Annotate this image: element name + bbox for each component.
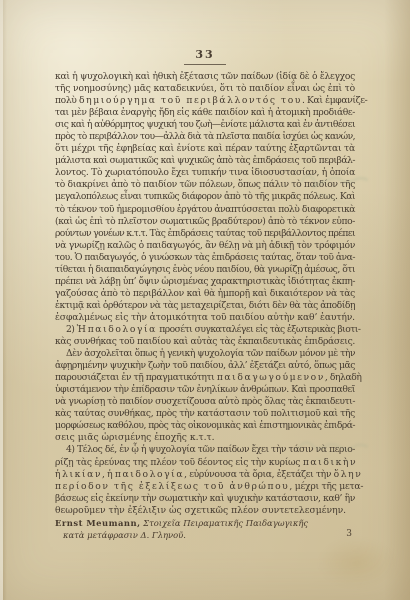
scanned-book-page: 33 καὶ ἡ ψυχολογικὴ καὶ ἠθικὴ ἐξέτασις τ… xyxy=(0,0,410,600)
text-line: μορφώσεως καθόλου, πρὸς τὰς οἰκονομικὰς … xyxy=(55,420,355,432)
text-line: Δὲν ἀσχολεῖται ὅπως ἡ γενικὴ ψυχολογία τ… xyxy=(55,348,355,360)
text-line: πολὺ δημιούργημα τοῦ περιβάλλοντός του. … xyxy=(55,95,355,107)
footnote-line-1: Ernst Meumann, Στοιχεῖα Πειραματικῆς Παι… xyxy=(55,518,355,530)
footnote-title: Στοιχεῖα Πειραματικῆς Παιδαγωγικῆς xyxy=(141,518,309,528)
text-line: ὅτι μέχρι τῆς ἐφηβείας καὶ ἐνίοτε καὶ πέ… xyxy=(55,143,355,155)
footnote: Ernst Meumann, Στοιχεῖα Πειραματικῆς Παι… xyxy=(55,518,355,541)
text-line: νὰ γνωρίζῃ καλῶς ὁ παιδαγωγός, ἂν θέλῃ ν… xyxy=(55,240,355,252)
footnote-translation: κατὰ μετάφρασιν Δ. Γληνοῦ. xyxy=(63,530,186,540)
text-line: ρούντων γονέων κ.τ.τ. Τὰς ἐπιδράσεις ταύ… xyxy=(55,228,355,240)
paper-stain xyxy=(318,538,396,588)
text-line: πρὸς τὸ περιβάλλον του—ἀλλὰ διὰ τὰ πλεῖσ… xyxy=(55,131,355,143)
text-line: 2) Ἡ παιδολογία προσέτι συγκαταλέγει εἰς… xyxy=(55,324,355,336)
text-line: παρουσιάζεται ἐν τῇ πραγματικότητι παιδα… xyxy=(55,372,355,384)
text-line: ἀφῃρημένην ψυχικὴν ζωὴν τοῦ παιδίου, ἀλλ… xyxy=(55,360,355,372)
page-number-rule xyxy=(184,64,226,65)
page-number: 33 xyxy=(0,48,410,61)
text-line: ἐκτιμᾷ καὶ ὀρθότερον νὰ τὰς μεταχειρίζετ… xyxy=(55,300,355,312)
text-line: τὸ διακρίνει ἀπὸ τὸ παιδίον τῶν πόλεων, … xyxy=(55,179,355,191)
footnote-author: Ernst Meumann, xyxy=(55,518,141,528)
text-line: περίοδον τῆς ἐξελίξεως τοῦ ἀνθρώπου, μέχ… xyxy=(55,481,355,493)
text-line: μάλιστα καὶ σωματικῶς καὶ ψυχικῶς ἀπὸ τὰ… xyxy=(55,155,355,167)
text-line: πρέπει νὰ λάβῃ ὑπ’ ὄψιν ὡρισμένας χαρακτ… xyxy=(55,276,355,288)
text-line: του. Ὁ παιδαγωγός, ὁ γινώσκων τὰς ἐπιδρά… xyxy=(55,252,355,264)
text-line: μεγαλοπόλεως εἶναι τυπικῶς διάφορον ἀπὸ … xyxy=(55,191,355,203)
signature-mark: 3 xyxy=(346,529,352,539)
text-line: τὸ τέκνον τοῦ ἡμερομισθίου ἐργάτου ἀναπτ… xyxy=(55,204,355,216)
page-header: 33 xyxy=(0,48,410,65)
text-line: ἡλικίαν, ἡ παιδολογία, εὐρύνουσα τὰ ὅρια… xyxy=(55,469,355,481)
body-text: καὶ ἡ ψυχολογικὴ καὶ ἠθικὴ ἐξέτασις τῶν … xyxy=(55,71,355,517)
text-line: γαζούσας ἀπὸ τὸ περιβάλλον καὶ θὰ ἠμπορῇ… xyxy=(55,288,355,300)
text-line: (καὶ ὡς ἐπὶ τὸ πλεῖστον σωματικῶς βραδύτ… xyxy=(55,216,355,228)
text-line: τίθεται ἡ διαπαιδαγώγησις ἑνὸς νέου παιδ… xyxy=(55,264,355,276)
text-line: καὶ ἡ ψυχολογικὴ καὶ ἠθικὴ ἐξέτασις τῶν … xyxy=(55,71,355,83)
text-line: 4) Τέλος δέ, ἐν ᾧ ἡ ψυχολογία τῶν παίδων… xyxy=(55,444,355,456)
text-line: λοντος. Τὸ χωριατόπουλο ἔχει τυπικήν τιν… xyxy=(55,167,355,179)
text-line: σεις μιᾶς ὡρισμένης ἐποχῆς κ.τ.τ. xyxy=(55,432,355,444)
text-line: θεωροῦμεν τὴν ἐξέλιξιν ὡς σχετικῶς πλέον… xyxy=(55,505,355,517)
text-line: ἐσφαλμένως εἰς τὴν ἀτομικότητα τοῦ παιδί… xyxy=(55,312,355,324)
text-line: κὰς ταύτας συνθήκας, πρὸς τὴν κατάστασιν… xyxy=(55,408,355,420)
text-line: ὑφιστάμενον τὴν ἐπίδρασιν τῶν ἐνηλίκων ἀ… xyxy=(55,384,355,396)
text-line: κὰς συνθήκας τοῦ παιδίου καὶ αὐτὰς τὰς ἐ… xyxy=(55,336,355,348)
text-line: σις καὶ ἡ αὐθόρμητος ψυχική του ζωὴ—ἐνίο… xyxy=(55,119,355,131)
footnote-line-2: κατὰ μετάφρασιν Δ. Γληνοῦ. xyxy=(55,530,355,542)
text-line: τῆς νοημοσύνης) μᾶς καταδεικνύει, ὅτι τὸ… xyxy=(55,83,355,95)
text-line: ται μὲν βέβαια ἐναργὴς ἤδη εἰς κάθε παιδ… xyxy=(55,107,355,119)
text-line: ρίζῃ τὰς ἐρεύνας της πλέον τοῦ δέοντος ε… xyxy=(55,457,355,469)
text-line: νὰ γνωρίσῃ τὸ παιδίον συσχετίζουσα αὐτὸ … xyxy=(55,396,355,408)
text-line: βάσεως εἰς ἐκείνην τὴν σωματικὴν καὶ ψυχ… xyxy=(55,493,355,505)
